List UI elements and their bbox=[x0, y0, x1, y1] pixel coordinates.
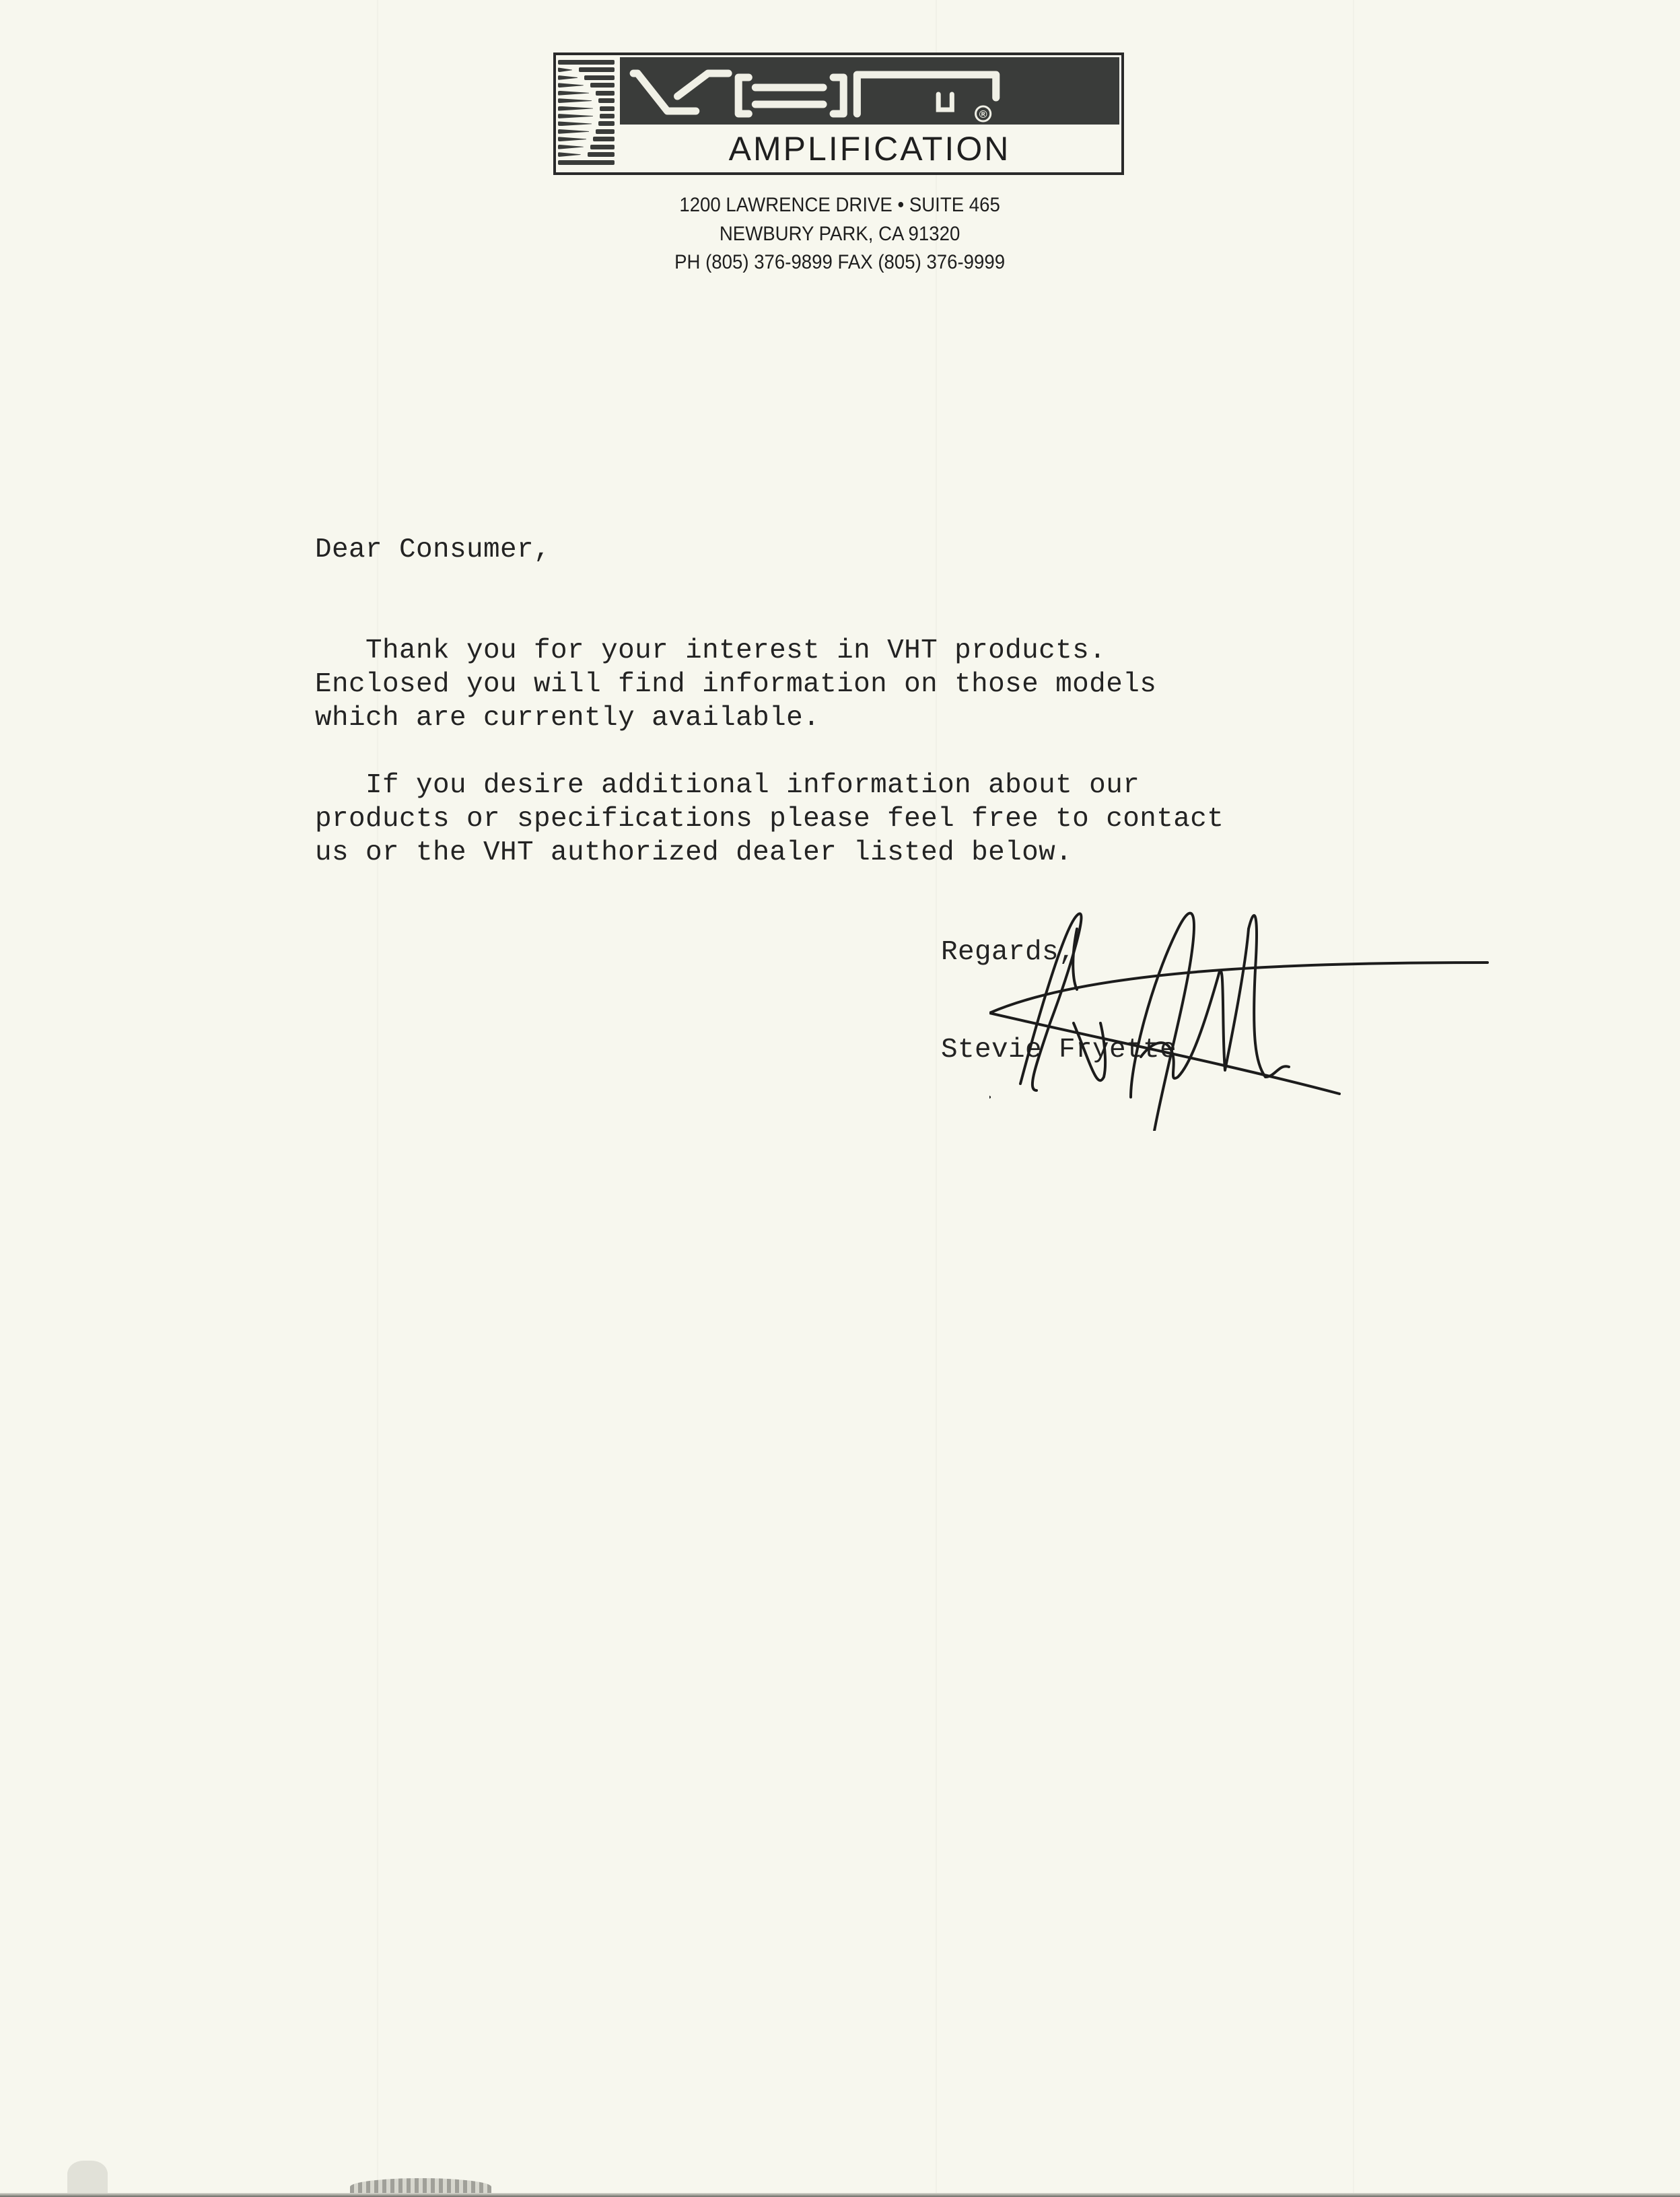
emblem-stripe bbox=[558, 106, 593, 111]
emblem-stripe bbox=[600, 114, 615, 118]
emblem-stripe bbox=[558, 137, 586, 141]
paragraph-2-line-2: products or specifications please feel f… bbox=[315, 802, 1224, 836]
paragraph-1-line-2: Enclosed you will find information on th… bbox=[315, 668, 1156, 701]
emblem-stripe bbox=[558, 145, 584, 149]
emblem-stripe bbox=[598, 121, 615, 126]
emblem-stripe bbox=[558, 152, 581, 157]
emblem-stripe bbox=[558, 114, 593, 118]
emblem-stripe bbox=[584, 75, 615, 80]
emblem-stripe bbox=[598, 98, 615, 103]
emblem-stripe bbox=[596, 129, 615, 134]
emblem-stripe bbox=[558, 160, 615, 165]
emblem-stripe bbox=[579, 67, 615, 72]
vht-logo: ® AMPLIFICATION bbox=[553, 53, 1124, 175]
paragraph-2-line-3: us or the VHT authorized dealer listed b… bbox=[315, 836, 1072, 870]
emblem-stripe bbox=[558, 83, 584, 88]
handwritten-signature bbox=[989, 888, 1501, 1131]
emblem-stripe bbox=[593, 137, 615, 141]
emblem-stripe bbox=[590, 83, 615, 88]
paper-crease bbox=[377, 0, 378, 2197]
emblem-stripe bbox=[558, 121, 592, 126]
emblem-stripe bbox=[558, 91, 589, 96]
emblem-stripe bbox=[558, 98, 592, 103]
emblem-stripe bbox=[588, 152, 615, 157]
emblem-stripe bbox=[590, 145, 615, 149]
address-line-2: NEWBURY PARK, CA 91320 bbox=[67, 223, 1612, 246]
paper-wear-mark bbox=[67, 2161, 108, 2194]
emblem-stripe bbox=[558, 75, 577, 80]
paragraph-2-line-1: If you desire additional information abo… bbox=[315, 769, 1140, 802]
address-line-1: 1200 LAWRENCE DRIVE • SUITE 465 bbox=[67, 194, 1612, 217]
contact-line: PH (805) 376-9899 FAX (805) 376-9999 bbox=[67, 251, 1612, 274]
salutation: Dear Consumer, bbox=[315, 533, 551, 567]
paper-bottom-edge bbox=[0, 2193, 1680, 2197]
paper-crease bbox=[936, 0, 937, 2197]
speaker-grille-emblem-icon bbox=[558, 57, 615, 170]
logo-subtitle: AMPLIFICATION bbox=[620, 127, 1119, 171]
logo-brand-panel: ® bbox=[620, 57, 1119, 125]
vht-wordmark-icon: ® bbox=[620, 57, 1119, 125]
emblem-stripe bbox=[596, 91, 615, 96]
svg-text:®: ® bbox=[979, 108, 987, 120]
paragraph-1-line-3: which are currently available. bbox=[315, 701, 820, 735]
letter-page: ® AMPLIFICATION 1200 LAWRENCE DRIVE • SU… bbox=[0, 0, 1680, 2197]
emblem-stripe bbox=[558, 60, 615, 65]
emblem-stripe bbox=[558, 129, 589, 134]
paragraph-1-line-1: Thank you for your interest in VHT produ… bbox=[315, 634, 1106, 668]
emblem-stripe bbox=[558, 67, 572, 72]
emblem-stripe bbox=[600, 106, 615, 111]
